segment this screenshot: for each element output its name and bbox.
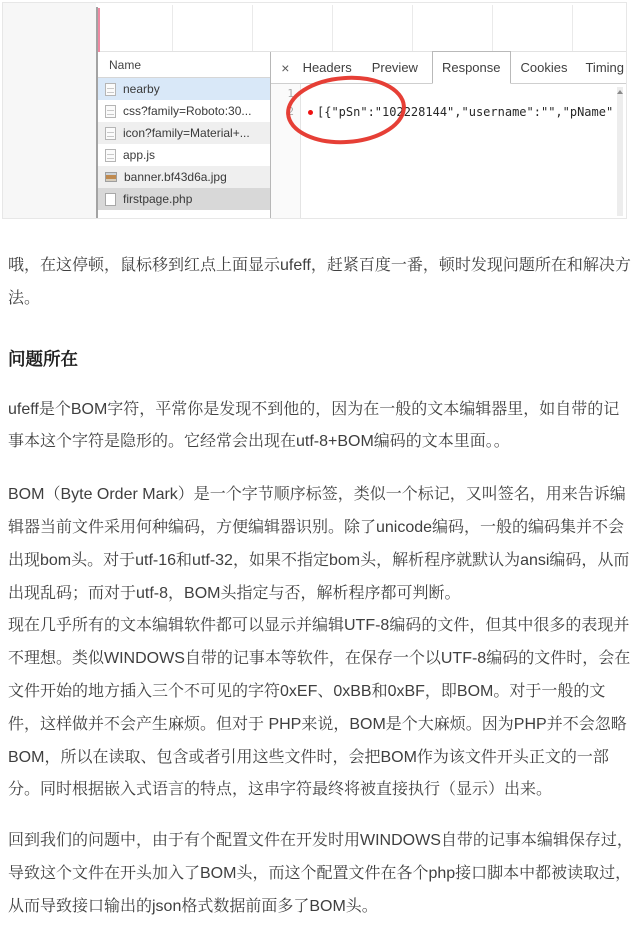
timeline-gridline: [172, 5, 173, 51]
name-column-header[interactable]: Name: [98, 52, 270, 78]
request-name: app.js: [123, 148, 155, 162]
line-number: 1: [274, 85, 294, 103]
scroll-up-icon: [617, 90, 623, 94]
paragraph-intro: 哦，在这停顿，鼠标移到红点上面显示ufeff，赶紧百度一番，顿时发现问题所在和解…: [8, 250, 633, 316]
request-name: nearby: [123, 82, 160, 96]
article-body: 哦，在这停顿，鼠标移到红点上面显示ufeff，赶紧百度一番，顿时发现问题所在和解…: [0, 219, 641, 924]
request-row-icon-font[interactable]: icon?family=Material+...: [98, 122, 270, 144]
tab-headers[interactable]: Headers: [301, 52, 354, 84]
network-timeline-overview[interactable]: [98, 3, 626, 52]
doc-icon: [105, 149, 116, 162]
paragraph-ufeff: ufeff是个BOM字符，平常你是发现不到他的，因为在一般的文本编辑器里，如自带…: [8, 394, 633, 460]
doc-icon: [105, 83, 116, 96]
response-json-line[interactable]: [{"pSn":"102228144","username":"","pName…: [302, 103, 616, 121]
paragraph-bom-definition: BOM（Byte Order Mark）是一个字节顺序标签，类似一个标记，又叫签…: [8, 479, 633, 610]
tab-preview[interactable]: Preview: [370, 52, 420, 84]
request-row-appjs[interactable]: app.js: [98, 144, 270, 166]
request-row-banner-jpg[interactable]: banner.bf43d6a.jpg: [98, 166, 270, 188]
close-icon[interactable]: ×: [279, 60, 292, 76]
request-name: firstpage.php: [123, 192, 192, 206]
request-name: icon?family=Material+...: [123, 126, 250, 140]
request-row-nearby[interactable]: nearby: [98, 78, 270, 100]
devtools-network-screenshot: Name nearby css?family=Roboto:30... icon…: [2, 2, 627, 219]
doc-icon: [105, 127, 116, 140]
doc-icon: [105, 105, 116, 118]
request-detail-tabbar: × Headers Preview Response Cookies Timin…: [271, 52, 626, 84]
page-icon: [105, 193, 116, 206]
bom-character-dot-icon: [308, 110, 313, 115]
tab-response[interactable]: Response: [432, 51, 511, 84]
line-number: 2: [274, 103, 294, 121]
paragraph-conclusion: 回到我们的问题中，由于有个配置文件在开发时用WINDOWS自带的记事本编辑保存过…: [8, 825, 633, 923]
response-body-viewer: 1 2 [{"pSn":"102228144","username":"","p…: [271, 84, 626, 218]
section-heading: 问题所在: [8, 346, 633, 372]
request-row-firstpage-php[interactable]: firstpage.php: [98, 188, 270, 210]
image-icon: [105, 172, 117, 182]
devtools-left-blank-area: [3, 3, 96, 218]
vertical-scrollbar[interactable]: [617, 87, 623, 216]
tab-timing[interactable]: Timing: [583, 52, 626, 84]
paragraph-bom-explanation: BOM（Byte Order Mark）是一个字节顺序标签，类似一个标记，又叫签…: [8, 479, 633, 807]
timeline-gridline: [412, 5, 413, 51]
request-name: banner.bf43d6a.jpg: [124, 170, 227, 184]
paragraph-bom-editors: 现在几乎所有的文本编辑软件都可以显示并编辑UTF-8编码的文件，但其中很多的表现…: [8, 610, 633, 807]
timeline-gridline: [492, 5, 493, 51]
request-name: css?family=Roboto:30...: [123, 104, 251, 118]
timeline-load-marker: [98, 8, 100, 52]
timeline-gridline: [252, 5, 253, 51]
blog-article-page: Name nearby css?family=Roboto:30... icon…: [0, 0, 641, 939]
timeline-gridline: [332, 5, 333, 51]
timeline-gridline: [572, 5, 573, 51]
tab-cookies[interactable]: Cookies: [519, 52, 570, 84]
line-number-gutter: 1 2: [271, 84, 301, 218]
response-json-text: [{"pSn":"102228144","username":"","pName…: [317, 105, 616, 119]
requests-list-panel: Name nearby css?family=Roboto:30... icon…: [98, 52, 271, 218]
request-row-css[interactable]: css?family=Roboto:30...: [98, 100, 270, 122]
